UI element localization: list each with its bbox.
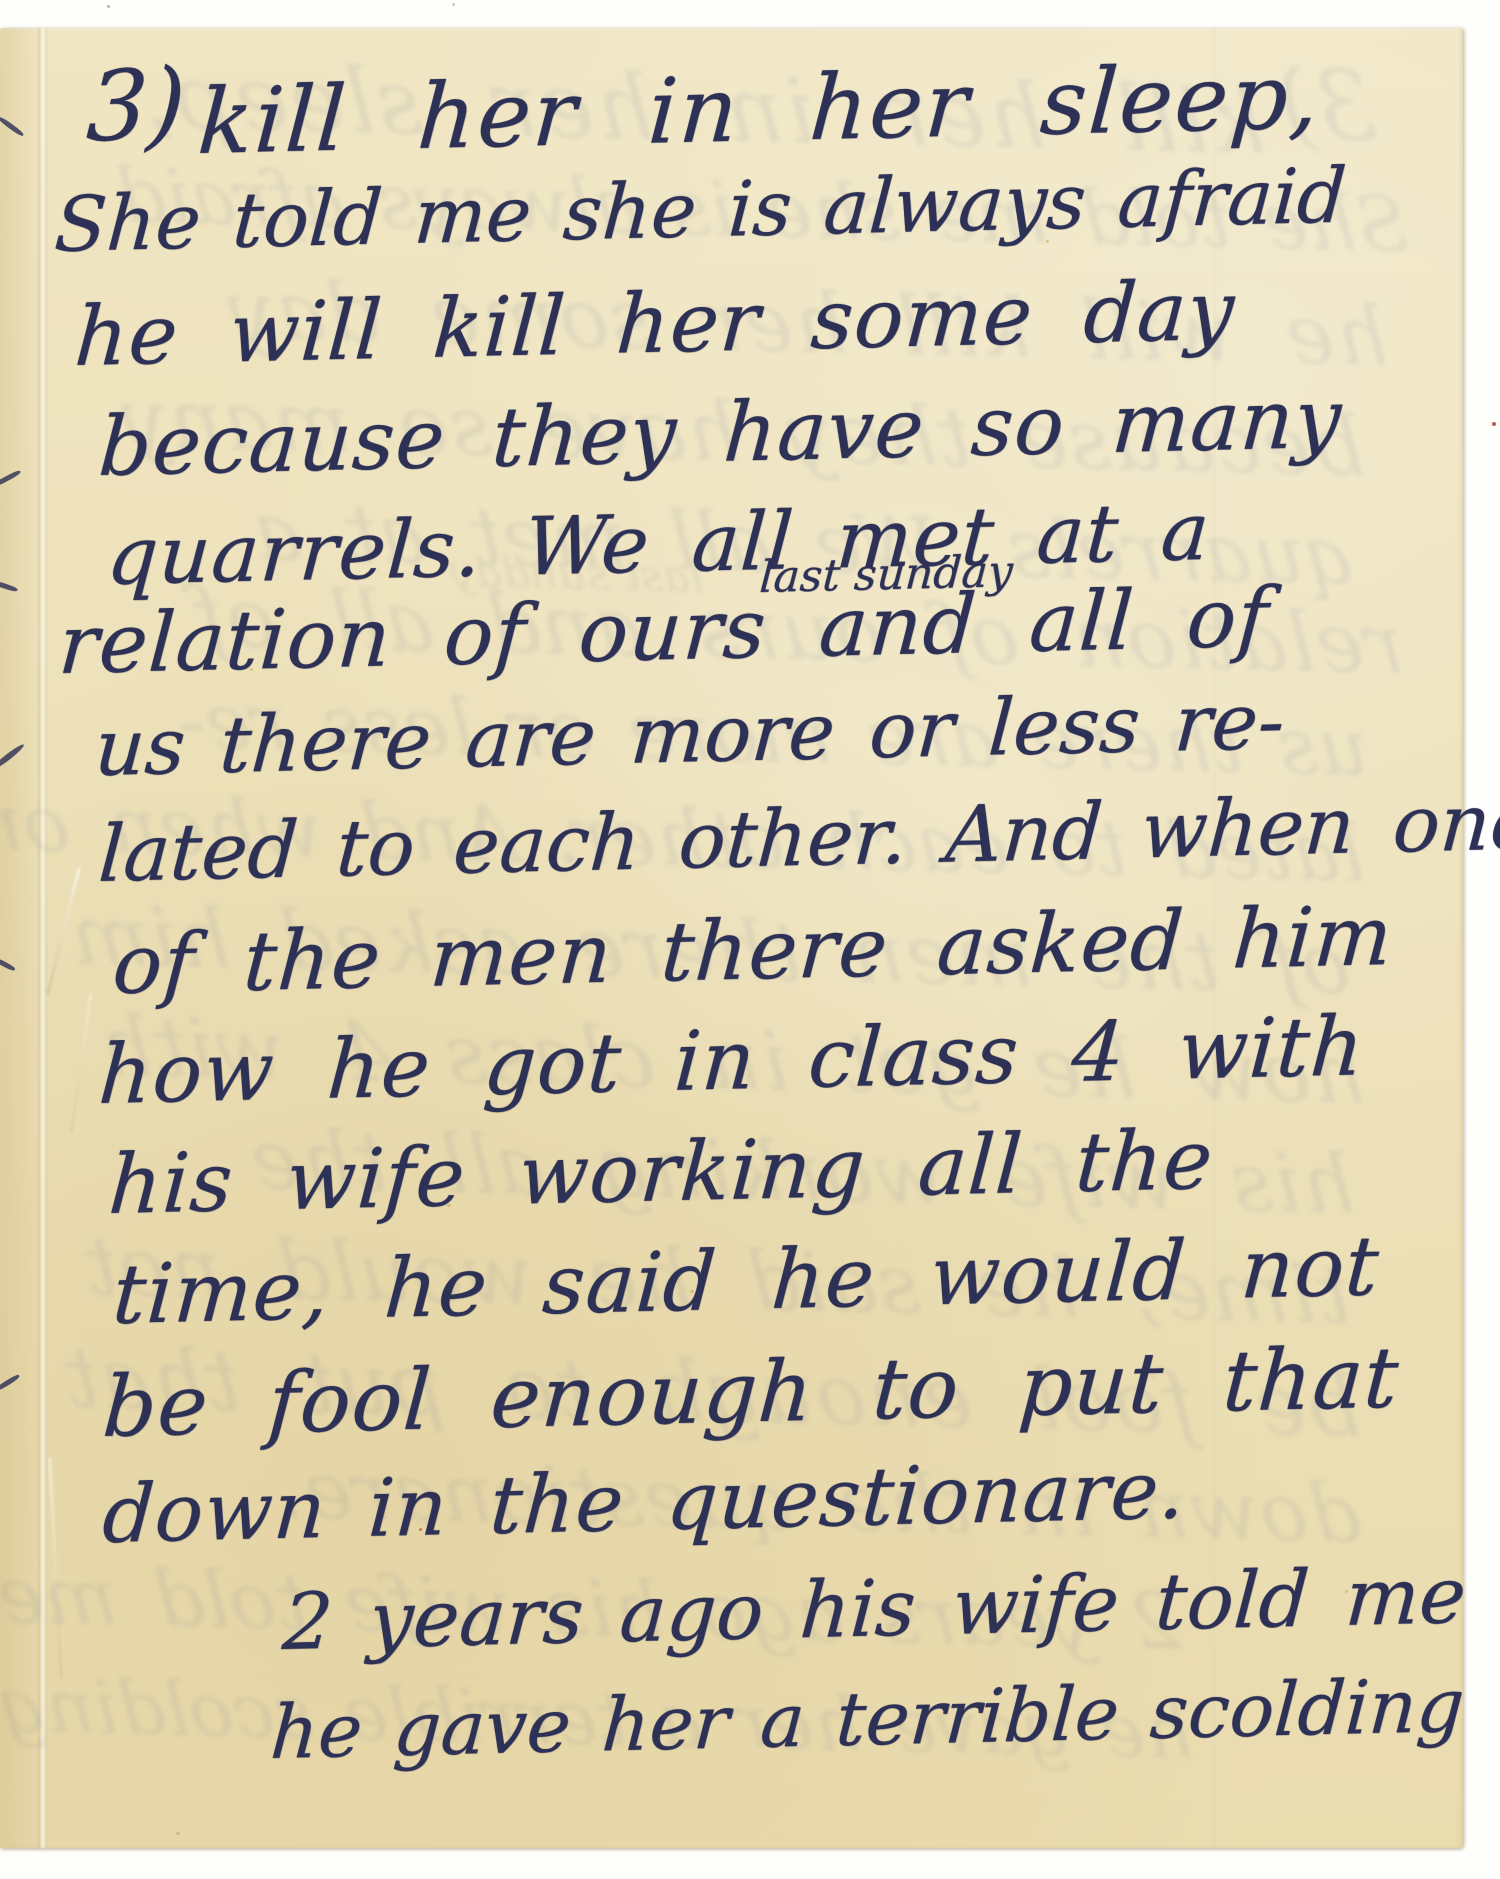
folded-edge-shading [0,28,42,1848]
handwritten-line: how he got in class 4 with [96,999,1367,1123]
paper-wrinkle [46,868,80,995]
handwritten-line: lated to each other. And when one [96,777,1500,900]
letter-paper: 3)kill her in her sleep,She told me she … [0,28,1463,1848]
red-speck [1492,422,1496,426]
handwritten-line: down in the questionare. [100,1443,1189,1561]
paper-fiber-speck [1046,240,1049,243]
handwritten-line: be fool enough to put that [100,1328,1402,1456]
red-speck [419,1528,422,1531]
paper-wrinkle [70,994,91,1133]
handwritten-line: he gave her a terrible scolding [268,1663,1467,1776]
handwritten-line: us there are more or less re- [92,677,1287,794]
handwritten-line: of the men there asked him [110,889,1396,1013]
paper-fiber-speck [250,668,253,671]
dust-speck [107,5,110,8]
vertical-fold-crease [38,28,47,1848]
page-number: 3) [84,46,188,164]
paper-fiber-speck [447,1204,451,1207]
dust-speck [452,3,455,6]
handwritten-line: time, he said he would not [110,1219,1382,1343]
handwritten-line: his wife working all the [106,1113,1216,1233]
handwritten-line: he will kill her some day [72,264,1238,385]
scanned-letter-page: 3)kill her in her sleep,She told me she … [0,0,1500,1879]
paper-wrinkle [48,1458,63,1678]
paper-fiber-speck [1345,1590,1348,1593]
handwritten-line: 2 years ago his wife told me [280,1551,1469,1668]
paper-fiber-speck [690,1290,694,1293]
paper-fiber-speck [176,1832,180,1835]
handwritten-line: because they have so many [96,372,1345,495]
